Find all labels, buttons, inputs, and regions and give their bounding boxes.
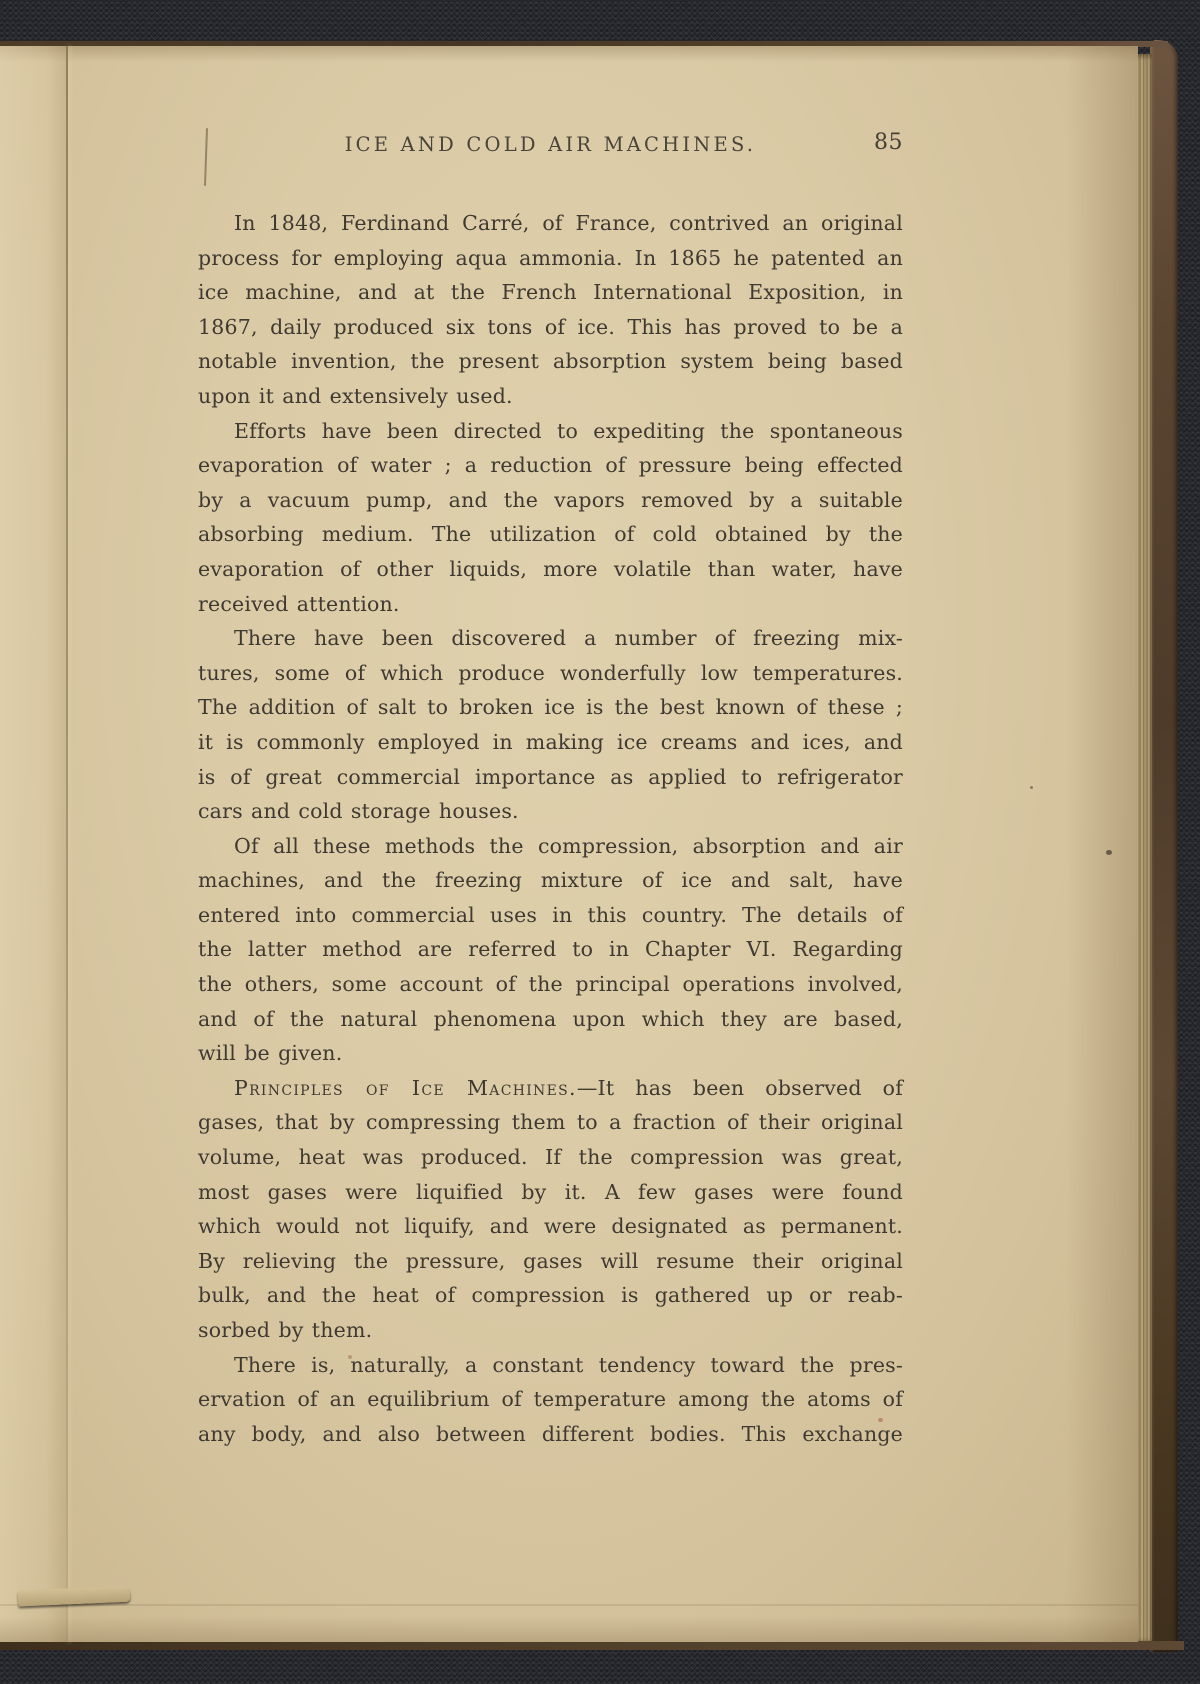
paragraph: Of all these methods the compression, ab… bbox=[198, 829, 903, 1071]
text-line: and of the natural phenomena upon which … bbox=[198, 1002, 903, 1037]
page-curl-shadow bbox=[1066, 46, 1138, 1642]
text-line: ice machine, and at the French Internati… bbox=[198, 275, 903, 310]
text-line: the others, some account of the principa… bbox=[198, 967, 903, 1002]
text-line: Of all these methods the compression, ab… bbox=[198, 829, 903, 864]
text-body: In 1848, Ferdinand Carré, of France, con… bbox=[198, 206, 903, 1451]
paper-speck bbox=[1106, 850, 1112, 855]
text-line: machines, and the freezing mixture of ic… bbox=[198, 863, 903, 898]
text-line: is of great commercial importance as app… bbox=[198, 760, 903, 795]
page-gutter-strip bbox=[0, 46, 66, 1642]
paragraph: In 1848, Ferdinand Carré, of France, con… bbox=[198, 206, 903, 414]
paragraph: There is, naturally, a constant tendency… bbox=[198, 1348, 903, 1452]
text-line: evaporation of water ; a reduction of pr… bbox=[198, 448, 903, 483]
text-line: 1867, daily produced six tons of ice. Th… bbox=[198, 310, 903, 345]
paragraph: Efforts have been directed to expediting… bbox=[198, 414, 903, 622]
text-line: ervation of an equilibrium of temperatur… bbox=[198, 1382, 903, 1417]
text-line: bulk, and the heat of compression is gat… bbox=[198, 1278, 903, 1313]
book-page: ICE AND COLD AIR MACHINES. 85 In 1848, F… bbox=[0, 46, 1138, 1642]
text-line: received attention. bbox=[198, 587, 903, 622]
text-line: In 1848, Ferdinand Carré, of France, con… bbox=[198, 206, 903, 241]
text-line: Principles of Ice Machines.—It has been … bbox=[198, 1071, 903, 1106]
text-line: any body, and also between different bod… bbox=[198, 1417, 903, 1452]
text-line: it is commonly employed in making ice cr… bbox=[198, 725, 903, 760]
text-line: upon it and extensively used. bbox=[198, 379, 903, 414]
text-line: most gases were liquified by it. A few g… bbox=[198, 1175, 903, 1210]
text-line: By relieving the pressure, gases will re… bbox=[198, 1244, 903, 1279]
paragraph: Principles of Ice Machines.—It has been … bbox=[198, 1071, 903, 1348]
page-number: 85 bbox=[874, 130, 903, 155]
text-line: evaporation of other liquids, more volat… bbox=[198, 552, 903, 587]
text-line: entered into commercial uses in this cou… bbox=[198, 898, 903, 933]
text-line: by a vacuum pump, and the vapors removed… bbox=[198, 483, 903, 518]
text-line: will be given. bbox=[198, 1036, 903, 1071]
text-line: gases, that by compressing them to a fra… bbox=[198, 1105, 903, 1140]
text-line: tures, some of which produce wonderfully… bbox=[198, 656, 903, 691]
running-head: ICE AND COLD AIR MACHINES. bbox=[198, 133, 903, 156]
book-cover-edge bbox=[1150, 40, 1178, 1652]
text-line: cars and cold storage houses. bbox=[198, 794, 903, 829]
text-line: The addition of salt to broken ice is th… bbox=[198, 690, 903, 725]
sidehead-small-caps: Principles of Ice Machines. bbox=[234, 1076, 577, 1100]
text-line: There have been discovered a number of f… bbox=[198, 621, 903, 656]
text-line: absorbing medium. The utilization of col… bbox=[198, 517, 903, 552]
text-line: which would not liquify, and were design… bbox=[198, 1209, 903, 1244]
paragraph: There have been discovered a number of f… bbox=[198, 621, 903, 829]
book-cover-bottom-edge bbox=[0, 1641, 1184, 1650]
paper-speck bbox=[1030, 786, 1033, 789]
page-bottom-crease bbox=[0, 1604, 1138, 1606]
text-line: There is, naturally, a constant tendency… bbox=[198, 1348, 903, 1383]
text-line: the latter method are referred to in Cha… bbox=[198, 932, 903, 967]
text-line: notable invention, the present absorptio… bbox=[198, 344, 903, 379]
page-gutter-crease bbox=[66, 46, 68, 1642]
text-line: sorbed by them. bbox=[198, 1313, 903, 1348]
text-line: Efforts have been directed to expediting… bbox=[198, 414, 903, 449]
text-line: volume, heat was produced. If the compre… bbox=[198, 1140, 903, 1175]
text-line: process for employing aqua ammonia. In 1… bbox=[198, 241, 903, 276]
